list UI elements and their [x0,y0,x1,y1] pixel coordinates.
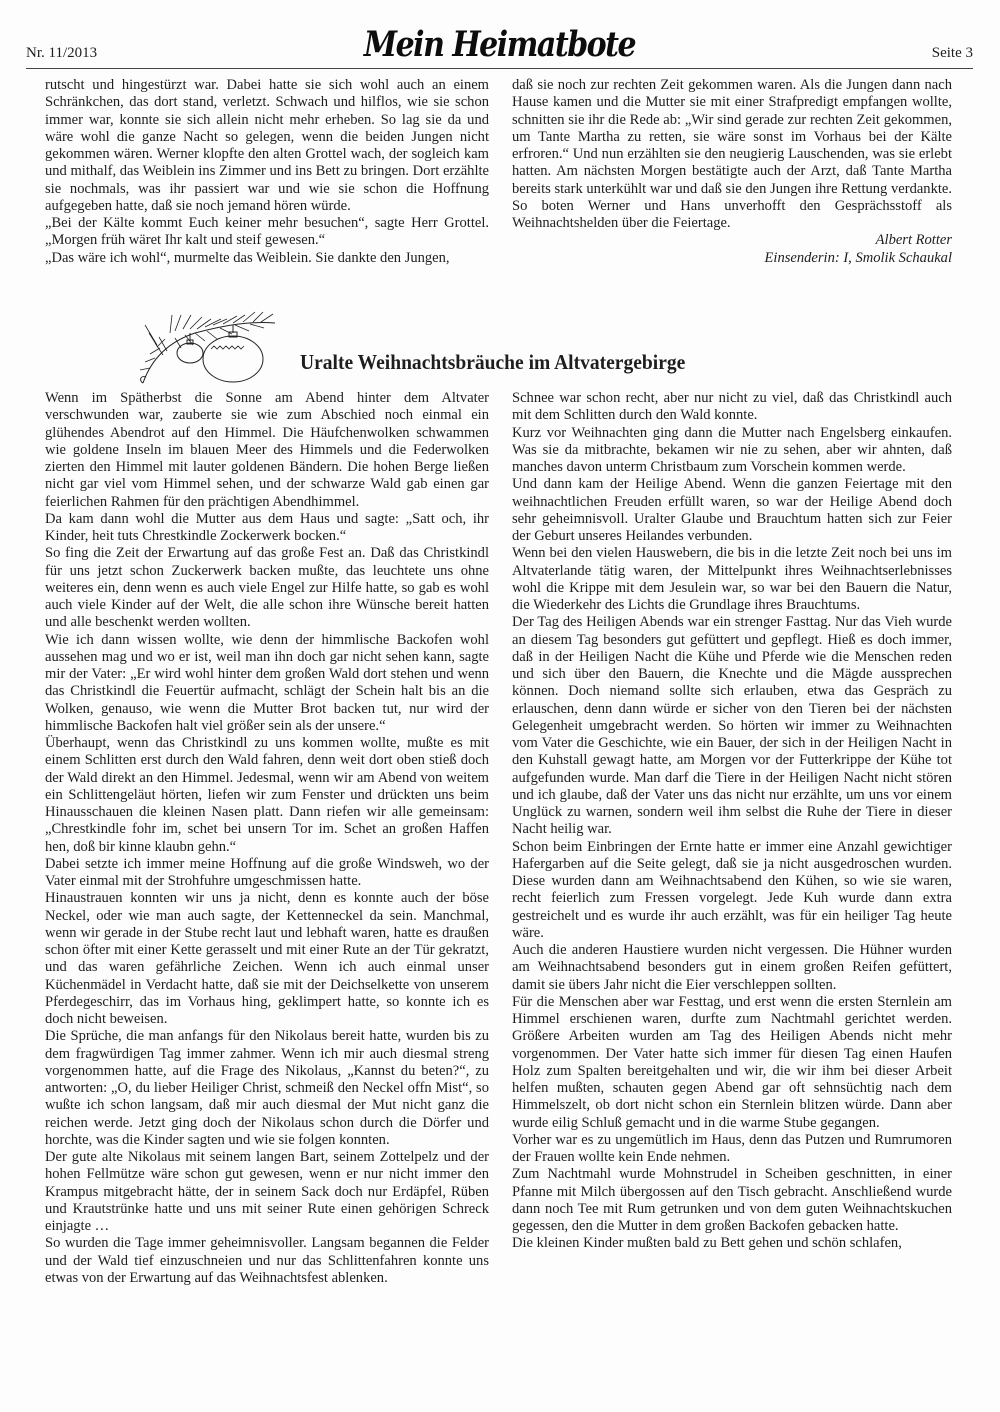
paragraph: Wie ich dann wissen wollte, wie denn der… [45,632,489,736]
issue-number: Nr. 11/2013 [26,45,97,62]
article-left-column: Wenn im Spätherbst die Sonne am Abend hi… [45,390,489,1287]
paragraph: Kurz vor Weihnachten ging dann die Mutte… [512,425,952,477]
paragraph: rutscht und hingestürzt war. Dabei hatte… [45,77,489,215]
paragraph: „Bei der Kälte kommt Euch keiner mehr be… [45,215,489,250]
previous-article-left-column: rutscht und hingestürzt war. Dabei hatte… [45,77,489,267]
article-title: Uralte Weihnachtsbräuche im Altvatergebi… [300,350,685,375]
paragraph: So wurden die Tage immer geheimnisvoller… [45,1235,489,1287]
newspaper-page: Nr. 11/2013 Mein Heimatbote Seite 3 ruts… [0,0,1000,1412]
paragraph: daß sie noch zur rechten Zeit gekommen w… [512,77,952,232]
paragraph: Schnee war schon recht, aber nur nicht z… [512,390,952,425]
paragraph: Schon beim Einbringen der Ernte hatte er… [512,839,952,943]
article-right-column: Schnee war schon recht, aber nur nicht z… [512,390,952,1253]
paragraph: Der Tag des Heiligen Abends war ein stre… [512,614,952,838]
paragraph: So fing die Zeit der Erwartung auf das g… [45,545,489,631]
paragraph: Überhaupt, wenn das Christkindl zu uns k… [45,735,489,856]
paragraph: Hinaustrauen konnten wir uns ja nicht, d… [45,890,489,1028]
fir-branch-ornaments-icon [135,303,285,388]
paragraph: Vorher war es zu ungemütlich im Haus, de… [512,1132,952,1167]
paragraph: „Das wäre ich wohl“, murmelte das Weible… [45,250,489,267]
publication-logo: Mein Heimatbote [364,25,635,65]
paragraph: Wenn bei den vielen Hauswebern, die bis … [512,545,952,614]
paragraph: Da kam dann wohl die Mutter aus dem Haus… [45,511,489,546]
author-name: Albert Rotter [512,232,952,249]
paragraph: Der gute alte Nikolaus mit seinem langen… [45,1149,489,1235]
paragraph: Zum Nachtmahl wurde Mohnstrudel in Schei… [512,1166,952,1235]
paragraph: Wenn im Spätherbst die Sonne am Abend hi… [45,390,489,511]
paragraph: Auch die anderen Haustiere wurden nicht … [512,942,952,994]
paragraph: Und dann kam der Heilige Abend. Wenn die… [512,476,952,545]
previous-article-right-column: daß sie noch zur rechten Zeit gekommen w… [512,77,952,267]
paragraph: Für die Menschen aber war Festtag, und e… [512,994,952,1132]
masthead: Nr. 11/2013 Mein Heimatbote Seite 3 [26,26,973,69]
paragraph: Dabei setzte ich immer meine Hoffnung au… [45,856,489,891]
paragraph: Die kleinen Kinder mußten bald zu Bett g… [512,1235,952,1252]
page-number: Seite 3 [932,45,973,62]
paragraph: Die Sprüche, die man anfangs für den Nik… [45,1028,489,1149]
submitter-credit: Einsenderin: I, Smolik Schaukal [512,250,952,267]
